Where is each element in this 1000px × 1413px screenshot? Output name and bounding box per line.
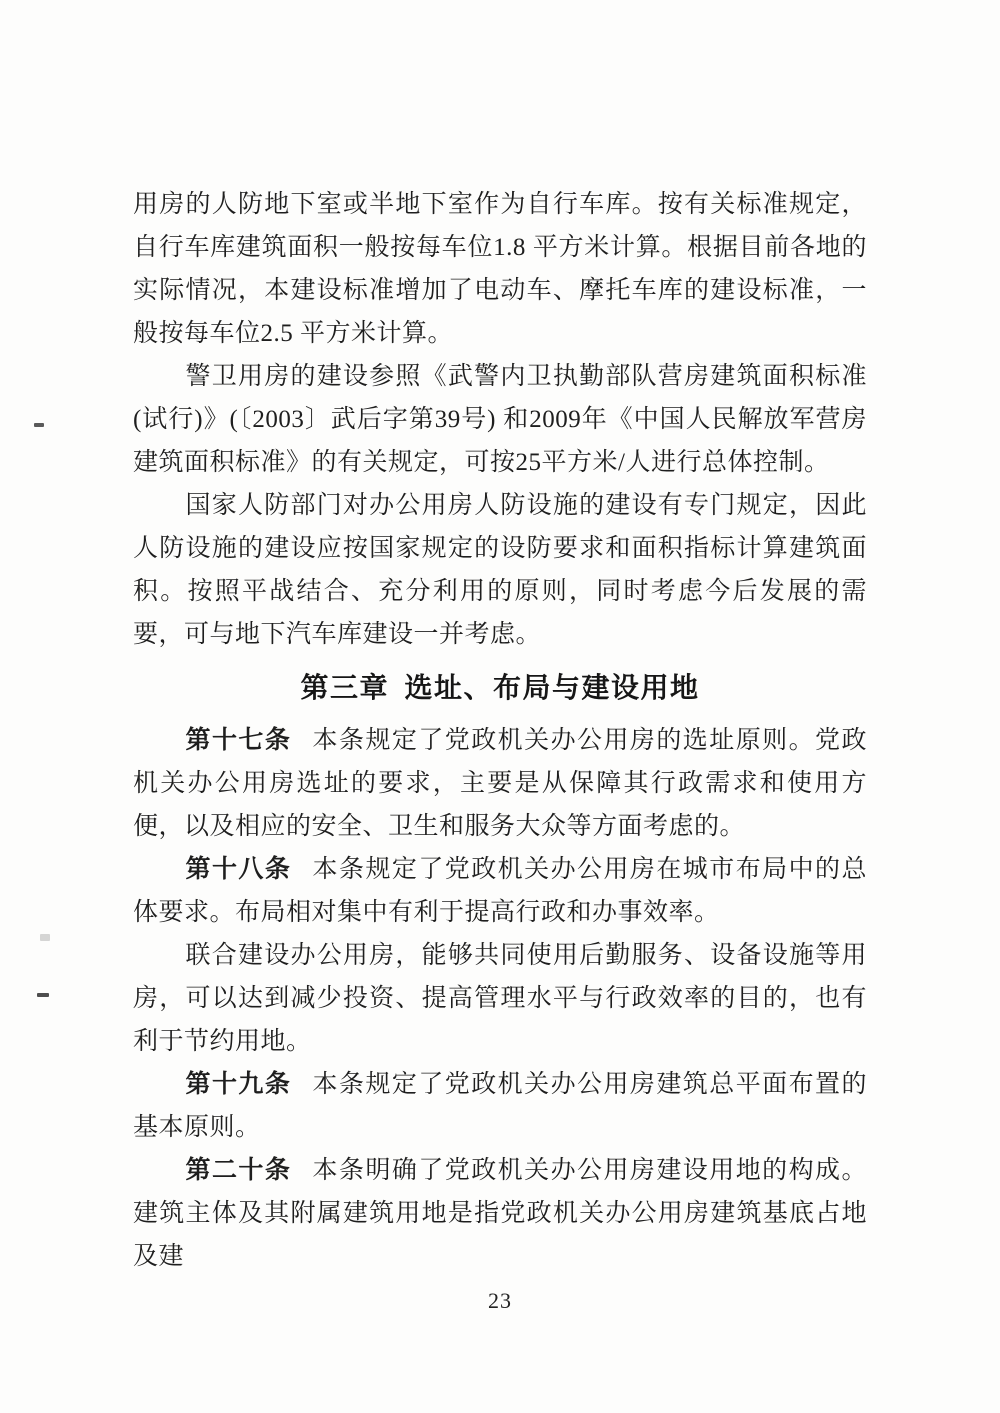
margin-scan-mark bbox=[34, 423, 44, 427]
paragraph-article-18: 第十八条本条规定了党政机关办公用房在城市布局中的总体要求。布局相对集中有利于提高… bbox=[133, 848, 867, 934]
article-number: 第十七条 bbox=[186, 726, 292, 754]
paragraph-continuation: 用房的人防地下室或半地下室作为自行车库。按有关标准规定，自行车库建筑面积一般按每… bbox=[133, 183, 867, 355]
document-page: 用房的人防地下室或半地下室作为自行车库。按有关标准规定，自行车库建筑面积一般按每… bbox=[0, 0, 1000, 1413]
paragraph-text: 警卫用房的建设参照《武警内卫执勤部队营房建筑面积标准(试行)》(〔2003〕武后… bbox=[133, 363, 867, 476]
page-number: 23 bbox=[0, 1288, 1000, 1314]
article-number: 第二十条 bbox=[186, 1156, 292, 1184]
paragraph-article-17: 第十七条本条规定了党政机关办公用房的选址原则。党政机关办公用房选址的要求，主要是… bbox=[133, 719, 867, 848]
paragraph-article-19: 第十九条本条规定了党政机关办公用房建筑总平面布置的基本原则。 bbox=[133, 1063, 867, 1149]
article-number: 第十八条 bbox=[186, 855, 292, 883]
chapter-number: 第三章 bbox=[301, 672, 390, 703]
paragraph-text: 用房的人防地下室或半地下室作为自行车库。按有关标准规定，自行车库建筑面积一般按每… bbox=[133, 191, 867, 347]
document-body: 用房的人防地下室或半地下室作为自行车库。按有关标准规定，自行车库建筑面积一般按每… bbox=[133, 183, 867, 1278]
paragraph: 警卫用房的建设参照《武警内卫执勤部队营房建筑面积标准(试行)》(〔2003〕武后… bbox=[133, 355, 867, 484]
margin-scan-mark bbox=[37, 993, 49, 997]
margin-scan-mark bbox=[40, 934, 50, 941]
paragraph: 联合建设办公用房，能够共同使用后勤服务、设备设施等用房，可以达到减少投资、提高管… bbox=[133, 934, 867, 1063]
chapter-heading: 第三章选址、布局与建设用地 bbox=[133, 666, 867, 709]
paragraph-article-20: 第二十条本条明确了党政机关办公用房建设用地的构成。建筑主体及其附属建筑用地是指党… bbox=[133, 1149, 867, 1278]
chapter-title: 选址、布局与建设用地 bbox=[404, 672, 699, 703]
paragraph-text: 国家人防部门对办公用房人防设施的建设有专门规定，因此人防设施的建设应按国家规定的… bbox=[133, 492, 867, 648]
article-number: 第十九条 bbox=[186, 1070, 292, 1098]
paragraph: 国家人防部门对办公用房人防设施的建设有专门规定，因此人防设施的建设应按国家规定的… bbox=[133, 484, 867, 656]
paragraph-text: 联合建设办公用房，能够共同使用后勤服务、设备设施等用房，可以达到减少投资、提高管… bbox=[133, 942, 867, 1055]
